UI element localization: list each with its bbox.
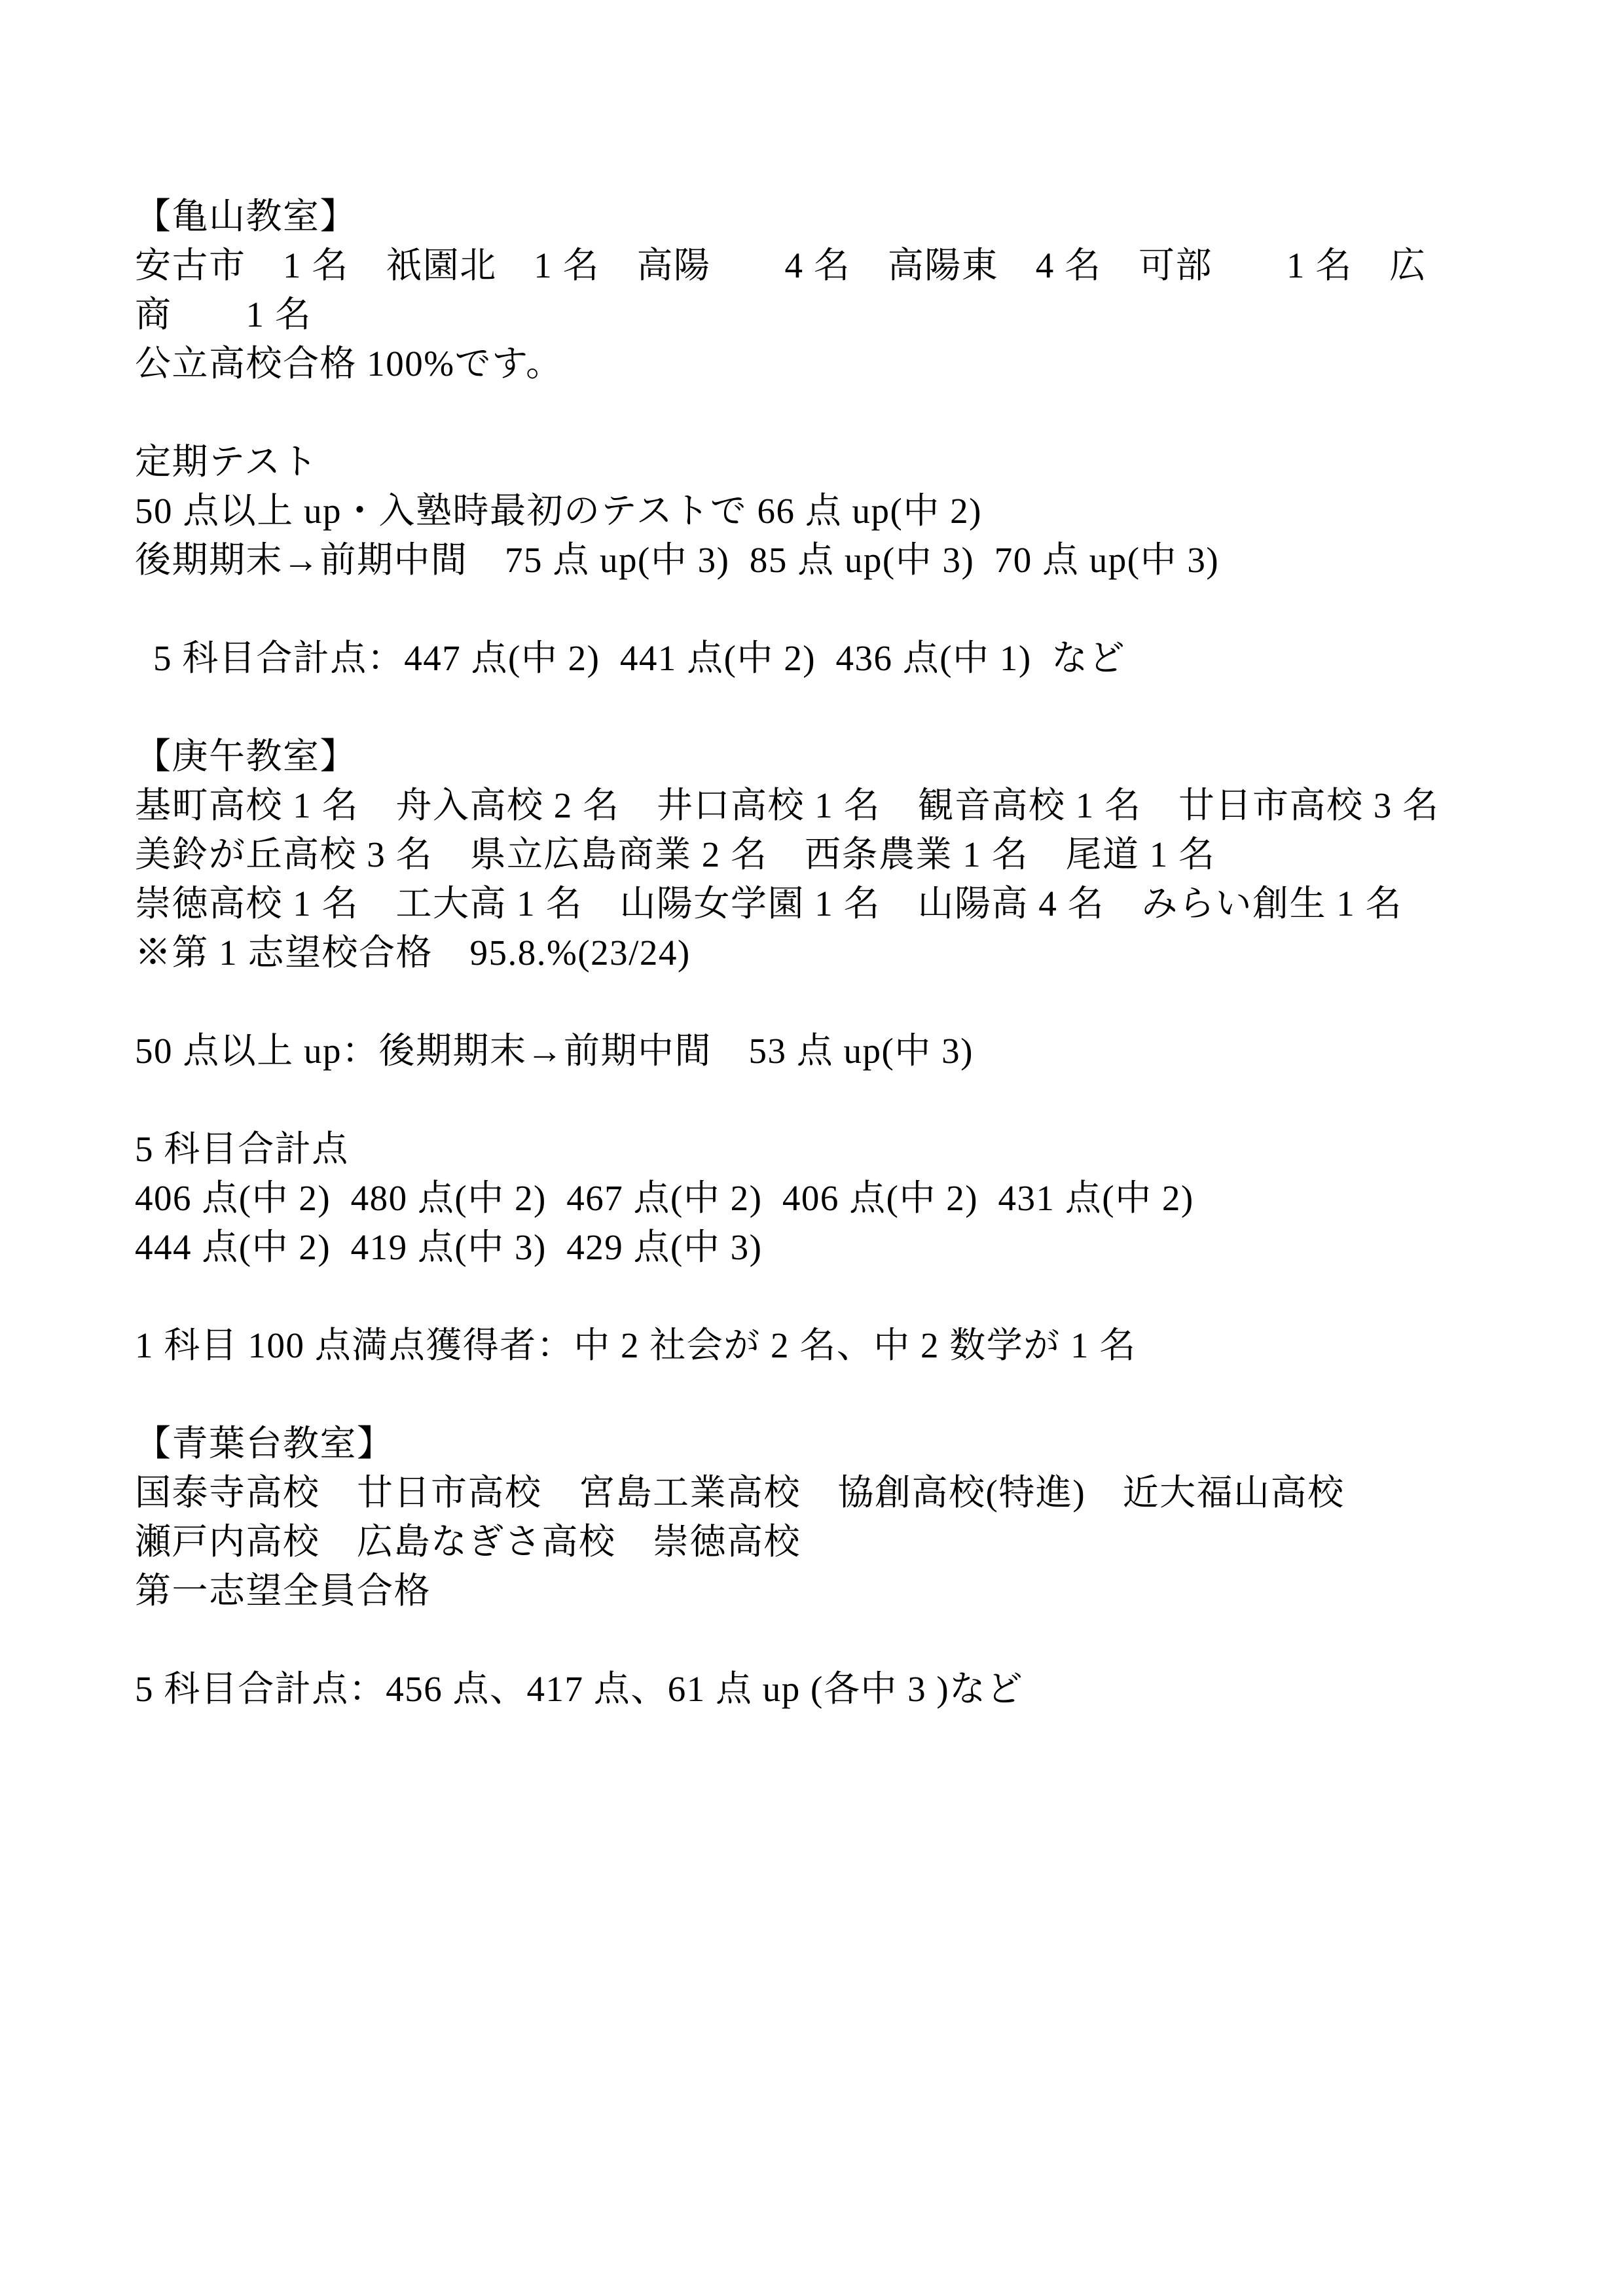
section-score-up-kogo: 50 点以上 up：後期期末→前期中間 53 点 up(中 3) — [135, 1026, 1544, 1075]
kogo-schools-line-3: 崇徳高校 1 名 工大高 1 名 山陽女学園 1 名 山陽高 4 名 みらい創生… — [135, 879, 1544, 928]
five-subject-scores-line-2: 444 点(中 2) 419 点(中 3) 429 点(中 3) — [135, 1223, 1544, 1272]
periodic-test-heading: 定期テスト — [135, 437, 1544, 486]
public-hs-pass-rate-line: 公立高校合格 100%です。 — [135, 339, 1544, 388]
section-kameyama-classroom: 【亀山教室】 安古市 1 名 祇園北 1 名 高陽 4 名 高陽東 4 名 可部… — [135, 192, 1544, 388]
aobadai-schools-line-1: 国泰寺高校 廿日市高校 宮島工業高校 協創高校(特進) 近大福山高校 — [135, 1468, 1544, 1517]
five-subject-heading-kogo: 5 科目合計点 — [135, 1124, 1544, 1174]
five-subject-total-aobadai-line: 5 科目合計点：456 点、417 点、61 点 up (各中 3 )など — [135, 1664, 1544, 1713]
classroom-heading-kogo: 【庚午教室】 — [135, 732, 1544, 781]
passed-schools-line-2: 商 1 名 — [135, 290, 1544, 339]
score-up-kogo-line: 50 点以上 up：後期期末→前期中間 53 点 up(中 3) — [135, 1026, 1544, 1075]
classroom-heading-kameyama: 【亀山教室】 — [135, 192, 1544, 241]
document-page: 【亀山教室】 安古市 1 名 祇園北 1 名 高陽 4 名 高陽東 4 名 可部… — [0, 0, 1623, 1713]
perfect-score-line: 1 科目 100 点満点獲得者：中 2 社会が 2 名、中 2 数学が 1 名 — [135, 1321, 1544, 1370]
section-kogo-classroom: 【庚午教室】 基町高校 1 名 舟入高校 2 名 井口高校 1 名 観音高校 1… — [135, 732, 1544, 977]
all-passed-first-choice-line: 第一志望全員合格 — [135, 1566, 1544, 1615]
term-comparison-line: 後期期末→前期中間 75 点 up(中 3) 85 点 up(中 3) 70 点… — [135, 535, 1544, 584]
score-up-entry-test-line: 50 点以上 up・入塾時最初のテストで 66 点 up(中 2) — [135, 486, 1544, 535]
first-choice-pass-rate-line: ※第 1 志望校合格 95.8.%(23/24) — [135, 928, 1544, 977]
kogo-schools-line-1: 基町高校 1 名 舟入高校 2 名 井口高校 1 名 観音高校 1 名 廿日市高… — [135, 781, 1544, 830]
classroom-heading-aobadai: 【青葉台教室】 — [135, 1419, 1544, 1468]
five-subject-total-kameyama-line: 5 科目合計点：447 点(中 2) 441 点(中 2) 436 点(中 1)… — [135, 634, 1544, 683]
passed-schools-line-1: 安古市 1 名 祇園北 1 名 高陽 4 名 高陽東 4 名 可部 1 名 広 — [135, 241, 1544, 290]
section-five-subject-total-kogo: 5 科目合計点 406 点(中 2) 480 点(中 2) 467 点(中 2)… — [135, 1124, 1544, 1272]
kogo-schools-line-2: 美鈴が丘高校 3 名 県立広島商業 2 名 西条農業 1 名 尾道 1 名 — [135, 830, 1544, 879]
section-five-subject-total-kameyama: 5 科目合計点：447 点(中 2) 441 点(中 2) 436 点(中 1)… — [135, 634, 1544, 683]
section-perfect-score: 1 科目 100 点満点獲得者：中 2 社会が 2 名、中 2 数学が 1 名 — [135, 1321, 1544, 1370]
section-aobadai-classroom: 【青葉台教室】 国泰寺高校 廿日市高校 宮島工業高校 協創高校(特進) 近大福山… — [135, 1419, 1544, 1615]
section-periodic-test: 定期テスト 50 点以上 up・入塾時最初のテストで 66 点 up(中 2) … — [135, 437, 1544, 584]
five-subject-scores-line-1: 406 点(中 2) 480 点(中 2) 467 点(中 2) 406 点(中… — [135, 1174, 1544, 1223]
section-five-subject-total-aobadai: 5 科目合計点：456 点、417 点、61 点 up (各中 3 )など — [135, 1664, 1544, 1713]
aobadai-schools-line-2: 瀬戸内高校 広島なぎさ高校 崇徳高校 — [135, 1517, 1544, 1566]
